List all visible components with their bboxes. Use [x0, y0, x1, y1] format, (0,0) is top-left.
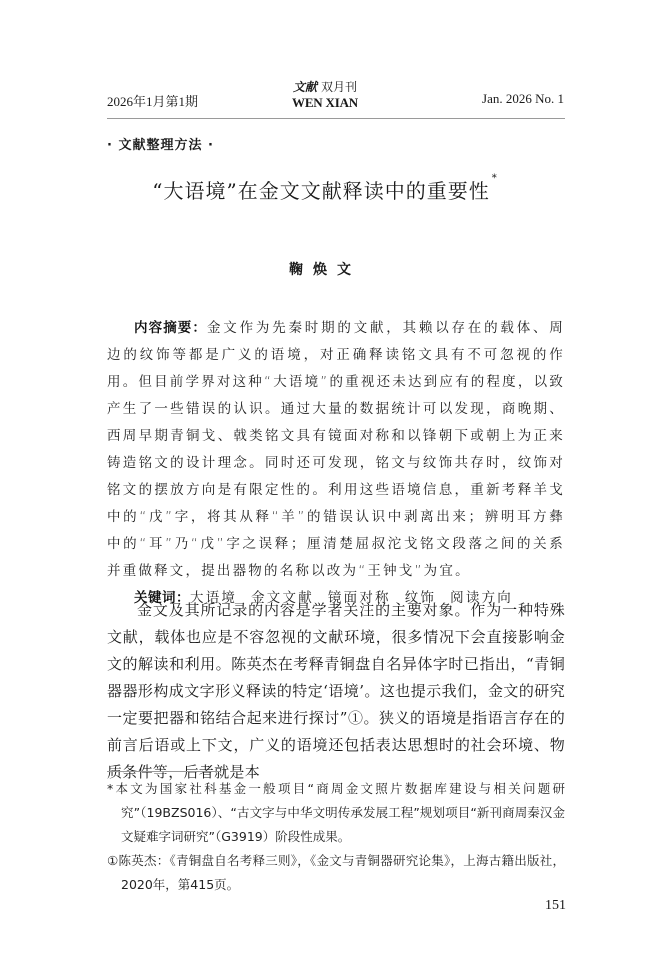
- body-paragraph: 金文及其所记录的内容是学者关注的主要对象。作为一种特殊文献，载体也应是不容忽视的…: [107, 597, 565, 786]
- section-label: · 文献整理方法 ·: [107, 134, 214, 153]
- abstract-label: 内容摘要：: [134, 320, 207, 336]
- abstract-block: 内容摘要：金文作为先秦时期的文献，其赖以存在的载体、周边的纹饰等都是广义的语境，…: [107, 315, 565, 612]
- body-text: 金文及其所记录的内容是学者关注的主要对象。作为一种特殊文献，载体也应是不容忽视的…: [107, 597, 565, 786]
- footnotes-block: *本文为国家社科基金一般项目“商周金文照片数据库建设与相关问题研究”（19BZS…: [107, 777, 565, 897]
- abstract-paragraph: 内容摘要：金文作为先秦时期的文献，其赖以存在的载体、周边的纹饰等都是广义的语境，…: [107, 315, 565, 585]
- footnote-marker: ①: [107, 853, 118, 868]
- journal-logo: 文献: [293, 80, 317, 94]
- footnote-funding: *本文为国家社科基金一般项目“商周金文照片数据库建设与相关问题研究”（19BZS…: [107, 777, 565, 849]
- article-title: “大语境”在金文文献释读中的重要性*: [0, 175, 650, 204]
- header-issue-en: Jan. 2026 No. 1: [482, 91, 564, 107]
- footnote-text: 本文为国家社科基金一般项目“商周金文照片数据库建设与相关问题研究”（19BZS0…: [113, 781, 565, 844]
- page-number: 151: [532, 898, 566, 914]
- abstract-text: 金文作为先秦时期的文献，其赖以存在的载体、周边的纹饰等都是广义的语境，对正确释读…: [107, 320, 565, 579]
- footnote-1: ①陈英杰：《青铜盘自名考释三则》，《金文与青铜器研究论集》，上海古籍出版社，20…: [107, 849, 565, 897]
- header-divider: [107, 118, 565, 119]
- footnote-text: 陈英杰：《青铜盘自名考释三则》，《金文与青铜器研究论集》，上海古籍出版社，202…: [118, 853, 565, 892]
- title-footnote-marker: *: [492, 173, 498, 184]
- footnote-divider: [107, 771, 221, 772]
- journal-frequency: 双月刊: [321, 80, 357, 94]
- article-author: 鞠焕文: [0, 259, 650, 279]
- article-title-text: “大语境”在金文文献释读中的重要性: [152, 179, 489, 203]
